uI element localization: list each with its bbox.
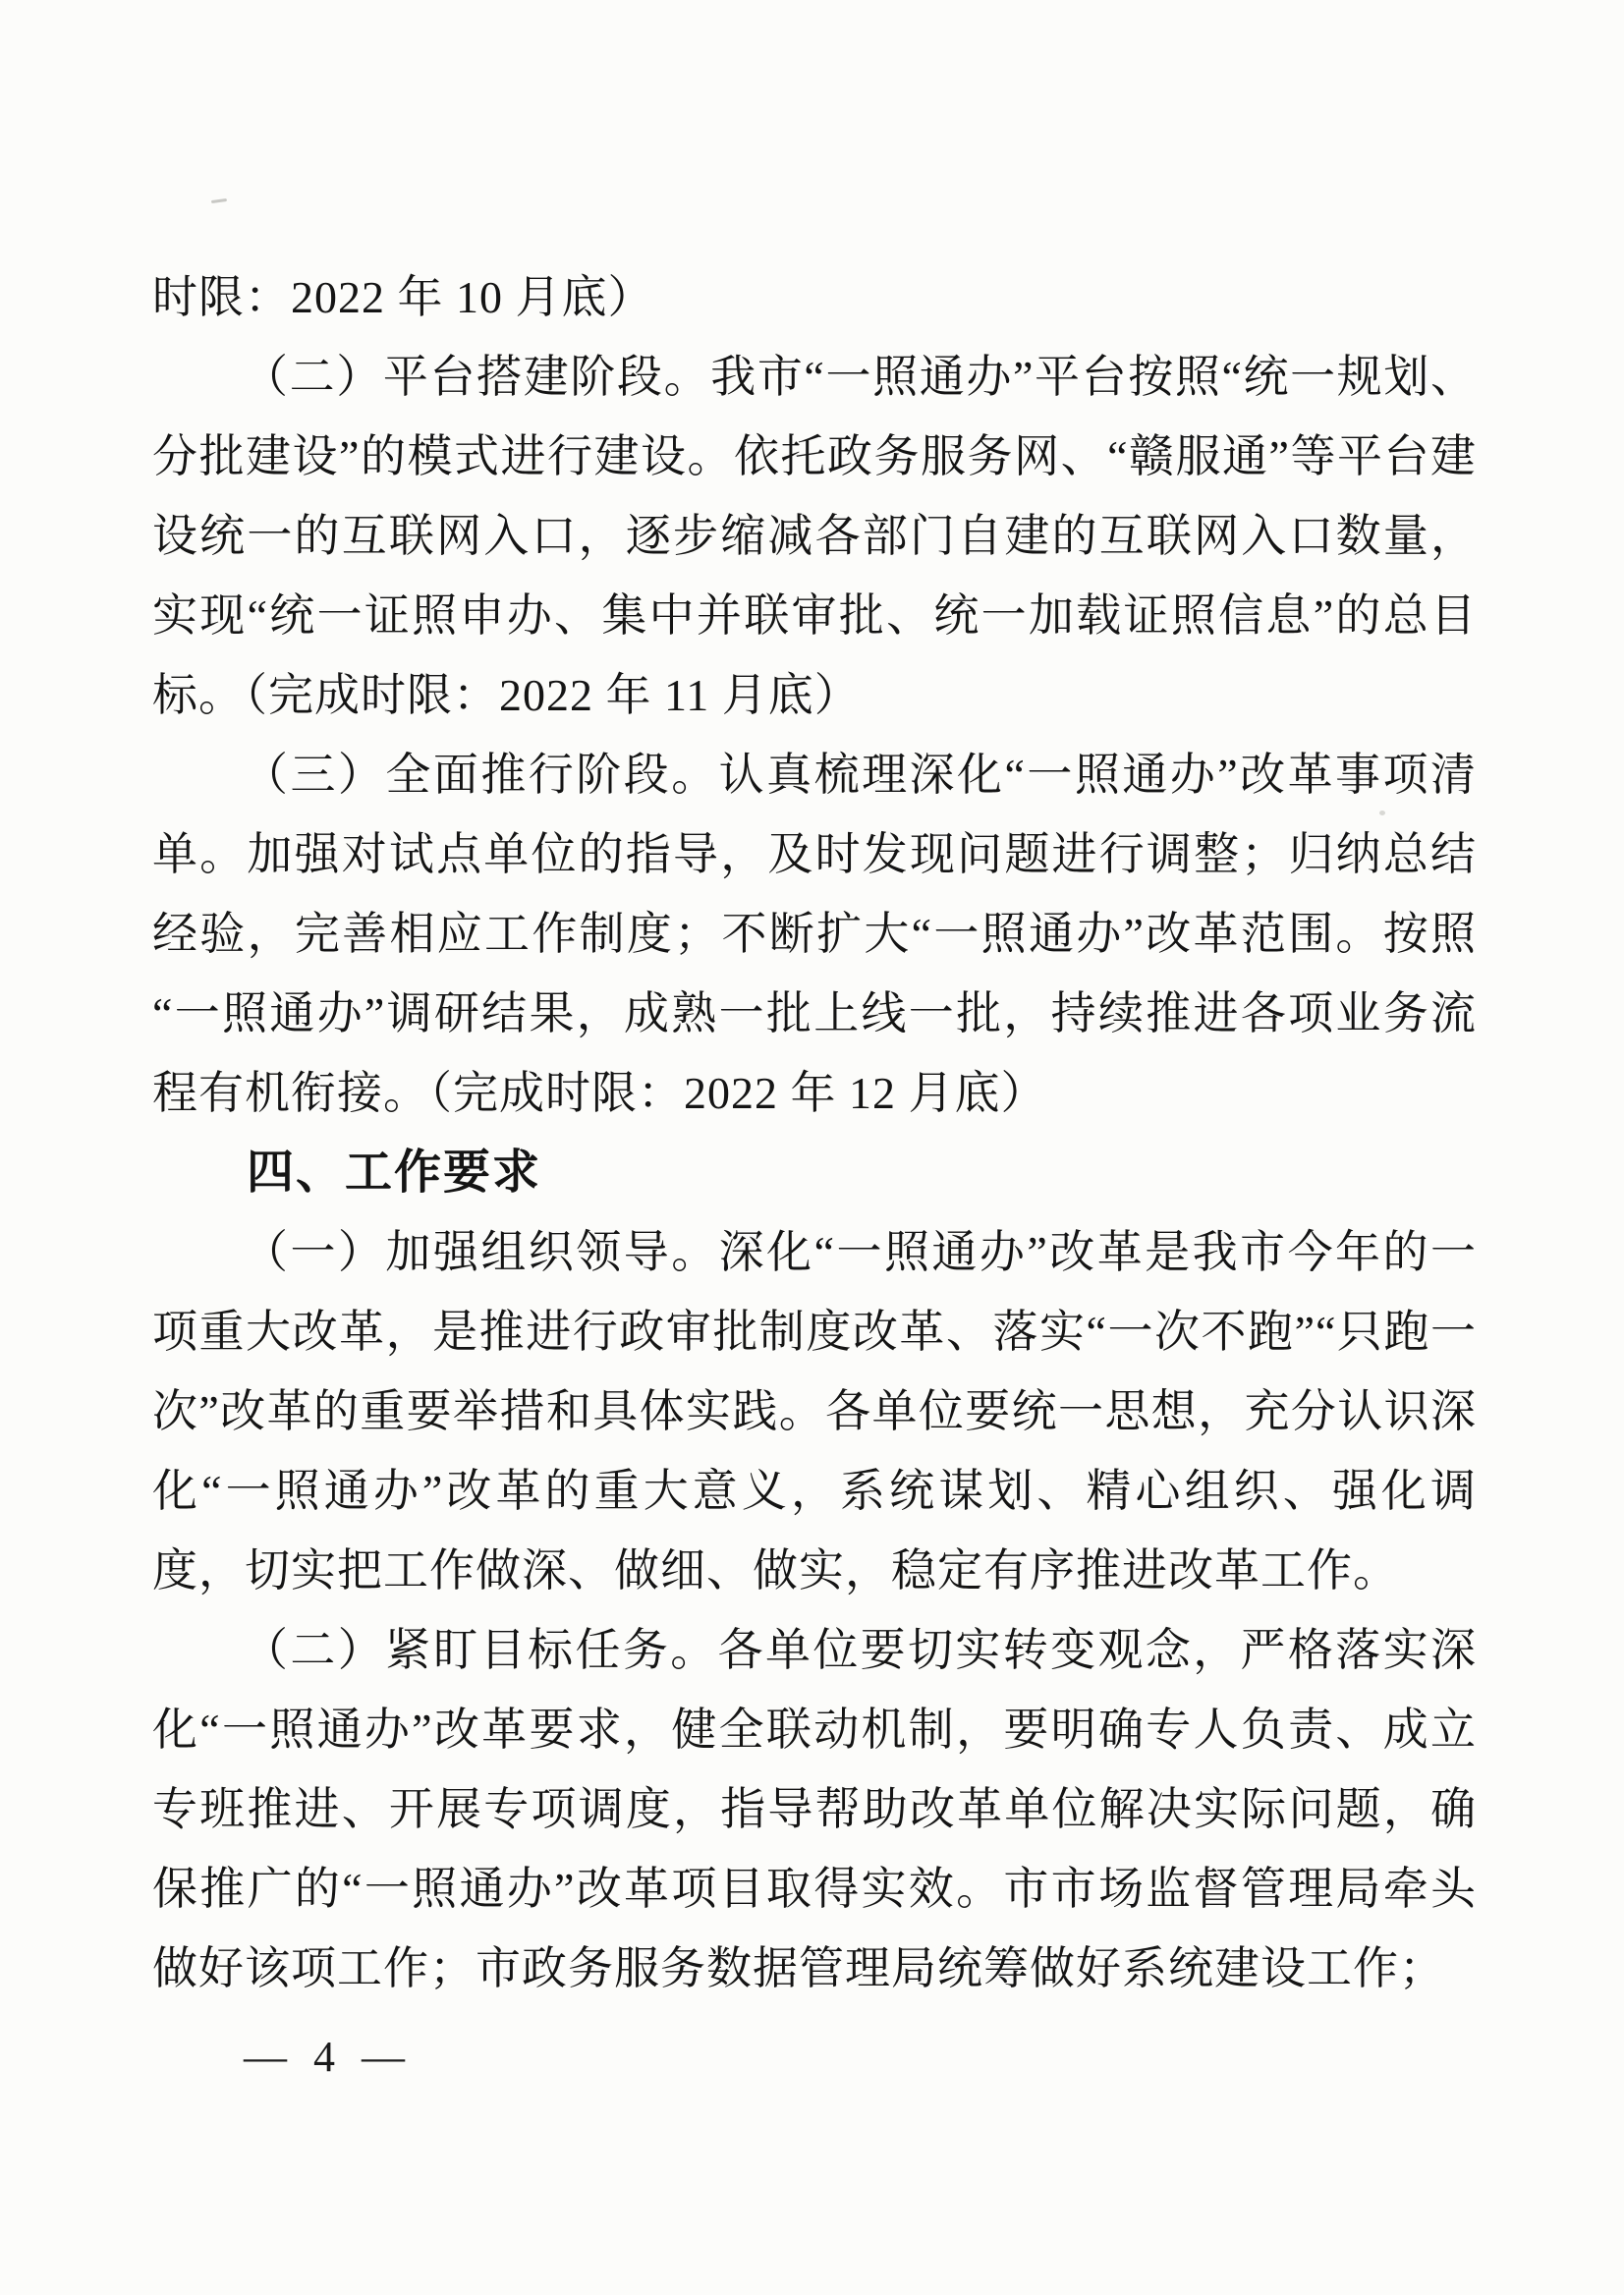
paragraph-focus-target-tasks: （二）紧盯目标任务。各单位要切实转变观念，严格落实深化“一照通办”改革要求，健全…	[152, 1610, 1477, 2008]
document-page: 时限：2022 年 10 月底） （二）平台搭建阶段。我市“一照通办”平台按照“…	[0, 0, 1624, 2295]
paragraph-strengthen-organization-leadership: （一）加强组织领导。深化“一照通办”改革是我市今年的一项重大改革，是推进行政审批…	[152, 1212, 1477, 1610]
paragraph-stage-full-rollout: （三）全面推行阶段。认真梳理深化“一照通办”改革事项清单。加强对试点单位的指导，…	[152, 735, 1477, 1133]
paragraph-stage-platform-build: （二）平台搭建阶段。我市“一照通办”平台按照“统一规划、分批建设”的模式进行建设…	[152, 337, 1477, 735]
scan-artifact-speck	[211, 198, 227, 203]
section-heading-work-requirements: 四、工作要求	[152, 1133, 1477, 1212]
document-body: 时限：2022 年 10 月底） （二）平台搭建阶段。我市“一照通办”平台按照“…	[152, 257, 1477, 2008]
page-number: — 4 —	[244, 2032, 413, 2082]
paragraph-deadline-continuation: 时限：2022 年 10 月底）	[152, 257, 1477, 337]
